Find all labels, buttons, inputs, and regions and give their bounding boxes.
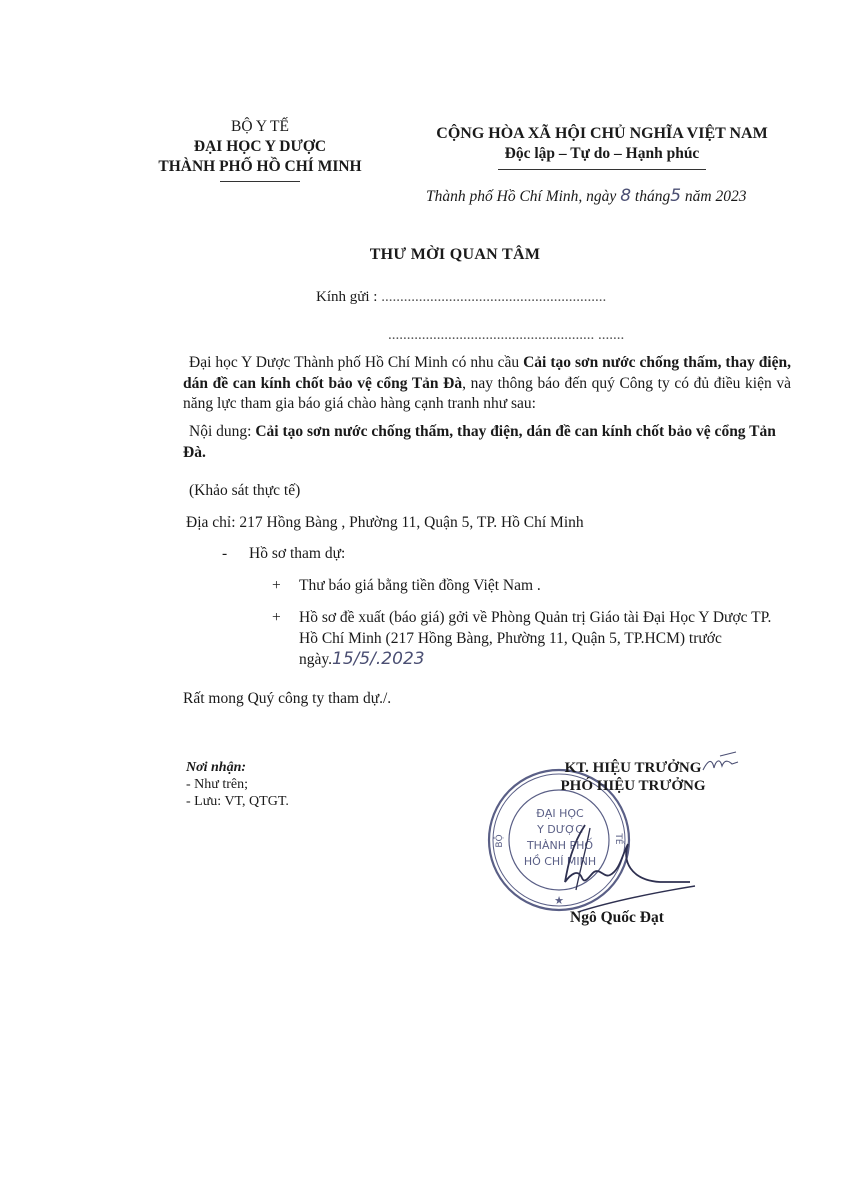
plus-bullet: + <box>272 608 281 629</box>
plus-bullet: + <box>272 576 281 597</box>
handwritten-day: 8 <box>620 186 631 206</box>
recipients-block: Nơi nhận: - Như trên; - Lưu: VT, QTGT. <box>186 759 289 810</box>
year-label: năm 2023 <box>685 188 747 205</box>
stamp-left-arc: BỘ <box>493 834 505 847</box>
closing-line: Rất mong Quý công ty tham dự./. <box>183 689 391 710</box>
content-paragraph: Nội dung: Cải tạo sơn nước chống thấm, t… <box>183 422 791 463</box>
issuer-header: BỘ Y TẾ ĐẠI HỌC Y DƯỢC THÀNH PHỐ HỒ CHÍ … <box>130 117 390 182</box>
dossier-item-1: + Thư báo giá bằng tiền đồng Việt Nam . <box>272 576 541 597</box>
dateline-prefix: Thành phố Hồ Chí Minh, ngày <box>426 188 616 205</box>
recipient-line: - Như trên; <box>186 776 289 793</box>
recipients-heading: Nơi nhận: <box>186 759 289 776</box>
signer-position: PHÓ HIỆU TRƯỞNG <box>548 777 718 795</box>
signature-titles: KT. HIỆU TRƯỞNG PHÓ HIỆU TRƯỞNG <box>548 759 718 795</box>
dossier-heading: - Hồ sơ tham dự: <box>222 544 345 565</box>
intro-text: Đại học Y Dược Thành phố Hồ Chí Minh có … <box>183 354 523 371</box>
header-right-divider <box>498 169 706 170</box>
content-label: Nội dung: <box>183 423 255 440</box>
university-name-line1: ĐẠI HỌC Y DƯỢC <box>130 137 390 157</box>
signer-authority: KT. HIỆU TRƯỞNG <box>548 759 718 777</box>
addressee-label: Kính gửi : <box>316 289 377 305</box>
dash-bullet: - <box>222 545 227 562</box>
signer-name: Ngô Quốc Đạt <box>570 909 664 927</box>
handwritten-month: 5 <box>670 186 681 206</box>
initials-icon <box>700 748 740 776</box>
month-label: tháng <box>635 188 670 205</box>
dossier-item-text-wrap: Hồ sơ đề xuất (báo giá) gởi về Phòng Quả… <box>272 608 772 671</box>
handwritten-deadline: 15/5/.2023 <box>332 649 425 669</box>
addressee-blank-1: ........................................… <box>381 289 606 305</box>
intro-paragraph: Đại học Y Dược Thành phố Hồ Chí Minh có … <box>183 353 791 415</box>
national-motto: Độc lập – Tự do – Hạnh phúc <box>404 144 800 164</box>
handwritten-signature-icon <box>560 820 700 920</box>
country-name: CỘNG HÒA XÃ HỘI CHỦ NGHĨA VIỆT NAM <box>404 124 800 144</box>
header-left-divider <box>220 181 300 182</box>
ministry-name: BỘ Y TẾ <box>130 117 390 137</box>
address-line: Địa chỉ: 217 Hồng Bàng , Phường 11, Quận… <box>186 513 584 534</box>
dossier-item-text: Thư báo giá bằng tiền đồng Việt Nam . <box>272 576 541 597</box>
document-title: THƯ MỜI QUAN TÂM <box>0 246 850 264</box>
addressee-line: Kính gửi : .............................… <box>316 289 606 306</box>
survey-note: (Khảo sát thực tế) <box>183 481 300 502</box>
national-header: CỘNG HÒA XÃ HỘI CHỦ NGHĨA VIỆT NAM Độc l… <box>404 124 800 170</box>
addressee-blank-2: ........................................… <box>388 327 624 344</box>
university-name-line2: THÀNH PHỐ HỒ CHÍ MINH <box>130 157 390 177</box>
dossier-item-2: + Hồ sơ đề xuất (báo giá) gởi về Phòng Q… <box>272 608 772 671</box>
content-project-name: Cải tạo sơn nước chống thấm, thay điện, … <box>183 423 776 461</box>
dossier-label: Hồ sơ tham dự: <box>231 545 345 562</box>
recipient-line: - Lưu: VT, QTGT. <box>186 793 289 810</box>
dateline: Thành phố Hồ Chí Minh, ngày 8 tháng5 năm… <box>426 186 746 206</box>
stamp-line-1: ĐẠI HỌC <box>536 807 584 820</box>
